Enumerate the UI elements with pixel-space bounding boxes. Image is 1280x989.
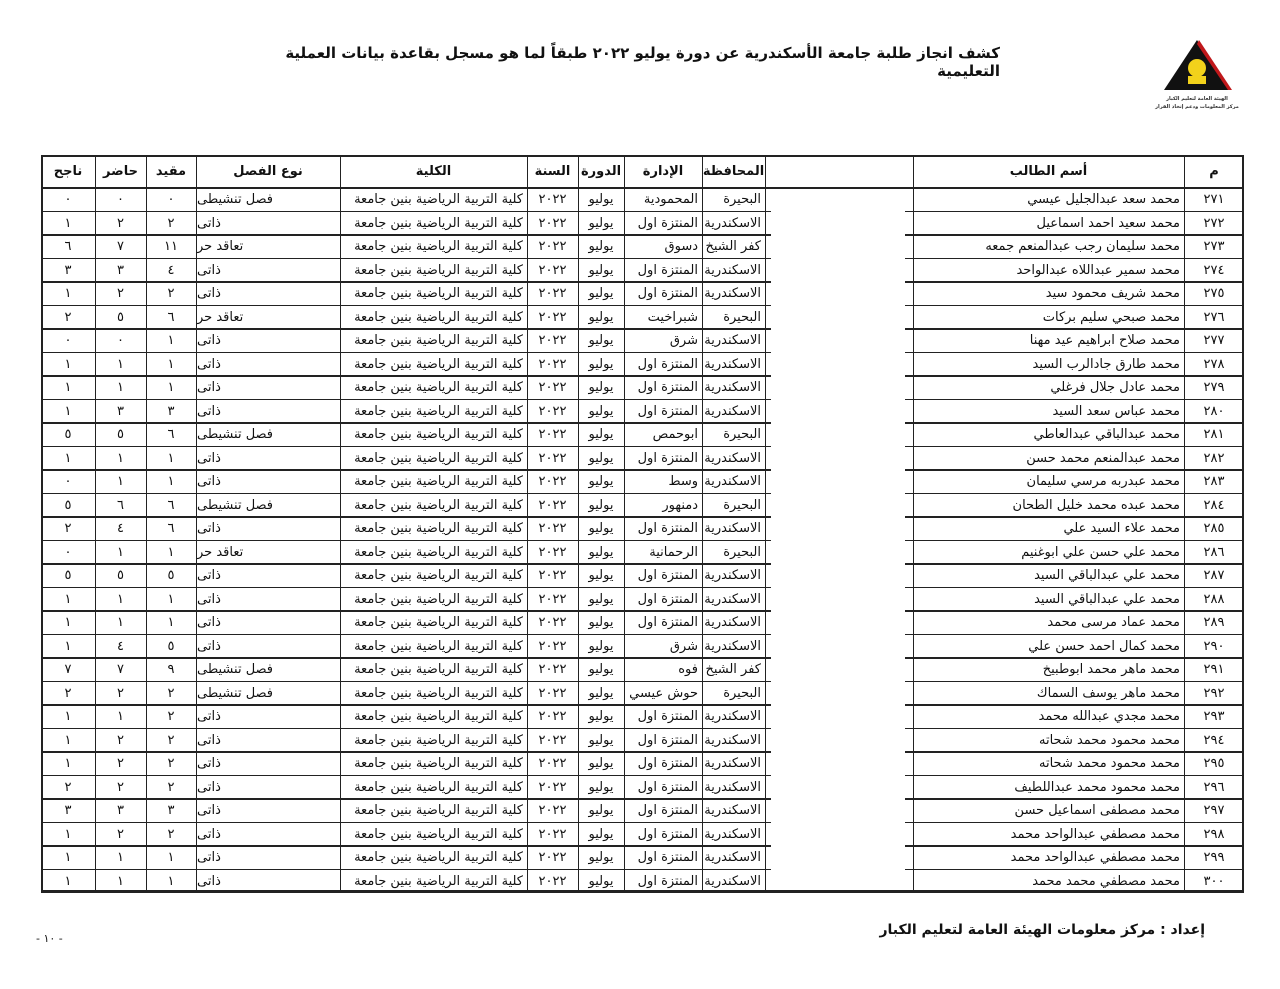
cell-student-name: محمد طارق جادالرب السيد xyxy=(914,353,1183,377)
cell-registered: ١ xyxy=(147,447,195,471)
cell-student-name: محمد عبدالمنعم محمد حسن xyxy=(914,447,1183,471)
cell-class-type: ذاتى xyxy=(197,635,339,659)
cell-year: ٢٠٢٢ xyxy=(528,447,577,471)
cell-year: ٢٠٢٢ xyxy=(528,823,577,847)
cell-row-number: ٢٧١ xyxy=(1185,188,1243,212)
cell-passed: ١ xyxy=(42,447,94,471)
cell-present: ١ xyxy=(96,376,145,400)
cell-row-number: ٢٩١ xyxy=(1185,658,1243,682)
cell-passed: ١ xyxy=(42,282,94,306)
cell-session: يوليو xyxy=(579,541,623,565)
cell-present: ١ xyxy=(96,541,145,565)
cell-college: كلية التربية الرياضية بنين جامعة xyxy=(341,635,526,659)
cell-registered: ١ xyxy=(147,588,195,612)
cell-year: ٢٠٢٢ xyxy=(528,635,577,659)
cell-college: كلية التربية الرياضية بنين جامعة xyxy=(341,682,526,706)
cell-session: يوليو xyxy=(579,235,623,259)
cell-governorate: الاسكندرية xyxy=(703,870,764,894)
cell-administration: المنتزة اول xyxy=(625,611,701,635)
cell-college: كلية التربية الرياضية بنين جامعة xyxy=(341,611,526,635)
cell-year: ٢٠٢٢ xyxy=(528,541,577,565)
cell-governorate: الاسكندرية xyxy=(703,376,764,400)
cell-registered: ١ xyxy=(147,870,195,894)
cell-class-type: ذاتى xyxy=(197,752,339,776)
cell-administration: المنتزة اول xyxy=(625,588,701,612)
cell-present: ٧ xyxy=(96,235,145,259)
cell-present: ٥ xyxy=(96,564,145,588)
cell-class-type: ذاتى xyxy=(197,870,339,894)
cell-college: كلية التربية الرياضية بنين جامعة xyxy=(341,188,526,212)
cell-class-type: ذاتى xyxy=(197,259,339,283)
cell-year: ٢٠٢٢ xyxy=(528,658,577,682)
cell-student-name: محمد صلاح ابراهيم عيد مهنا xyxy=(914,329,1183,353)
cell-session: يوليو xyxy=(579,423,623,447)
cell-registered: ٣ xyxy=(147,799,195,823)
cell-present: ١ xyxy=(96,846,145,870)
cell-year: ٢٠٢٢ xyxy=(528,400,577,424)
cell-session: يوليو xyxy=(579,658,623,682)
cell-year: ٢٠٢٢ xyxy=(528,870,577,894)
organization-logo: الهيئة العامة لتعليم الكبار مركز المعلوم… xyxy=(1152,38,1242,116)
cell-college: كلية التربية الرياضية بنين جامعة xyxy=(341,376,526,400)
cell-passed: ١ xyxy=(42,705,94,729)
cell-administration: المنتزة اول xyxy=(625,282,701,306)
cell-governorate: الاسكندرية xyxy=(703,846,764,870)
cell-session: يوليو xyxy=(579,752,623,776)
cell-governorate: الاسكندرية xyxy=(703,564,764,588)
cell-student-name: محمد عادل جلال فرغلي xyxy=(914,376,1183,400)
cell-administration: شرق xyxy=(625,329,701,353)
cell-college: كلية التربية الرياضية بنين جامعة xyxy=(341,799,526,823)
cell-year: ٢٠٢٢ xyxy=(528,376,577,400)
cell-governorate: الاسكندرية xyxy=(703,259,764,283)
cell-administration: فوه xyxy=(625,658,701,682)
cell-class-type: ذاتى xyxy=(197,823,339,847)
cell-year: ٢٠٢٢ xyxy=(528,282,577,306)
cell-student-name: محمد محمود محمد شحاته xyxy=(914,752,1183,776)
cell-row-number: ٢٧٩ xyxy=(1185,376,1243,400)
cell-administration: المنتزة اول xyxy=(625,353,701,377)
cell-college: كلية التربية الرياضية بنين جامعة xyxy=(341,447,526,471)
cell-college: كلية التربية الرياضية بنين جامعة xyxy=(341,235,526,259)
cell-registered: ٢ xyxy=(147,705,195,729)
cell-passed: ١ xyxy=(42,823,94,847)
cell-registered: ٥ xyxy=(147,635,195,659)
cell-governorate: الاسكندرية xyxy=(703,447,764,471)
cell-present: ٢ xyxy=(96,729,145,753)
cell-administration: المنتزة اول xyxy=(625,776,701,800)
cell-college: كلية التربية الرياضية بنين جامعة xyxy=(341,423,526,447)
cell-administration: المنتزة اول xyxy=(625,212,701,236)
cell-present: ٧ xyxy=(96,658,145,682)
cell-present: ١ xyxy=(96,611,145,635)
cell-registered: ٦ xyxy=(147,423,195,447)
cell-registered: ١ xyxy=(147,846,195,870)
cell-present: ٠ xyxy=(96,188,145,212)
cell-row-number: ٢٨٦ xyxy=(1185,541,1243,565)
cell-passed: ٢ xyxy=(42,306,94,330)
cell-row-number: ٢٨٩ xyxy=(1185,611,1243,635)
cell-registered: ١ xyxy=(147,353,195,377)
cell-student-name: محمد علي عبدالباقي السيد xyxy=(914,564,1183,588)
cell-passed: ٠ xyxy=(42,470,94,494)
cell-passed: ١ xyxy=(42,212,94,236)
cell-registered: ١ xyxy=(147,376,195,400)
cell-passed: ٣ xyxy=(42,799,94,823)
cell-session: يوليو xyxy=(579,635,623,659)
cell-administration: المنتزة اول xyxy=(625,752,701,776)
cell-student-name: محمد سليمان رجب عبدالمنعم جمعه xyxy=(914,235,1183,259)
cell-present: ٢ xyxy=(96,752,145,776)
cell-college: كلية التربية الرياضية بنين جامعة xyxy=(341,541,526,565)
cell-session: يوليو xyxy=(579,282,623,306)
cell-session: يوليو xyxy=(579,329,623,353)
cell-student-name: محمد شريف محمود سيد xyxy=(914,282,1183,306)
cell-passed: ٢ xyxy=(42,776,94,800)
cell-present: ١ xyxy=(96,705,145,729)
cell-administration: شرق xyxy=(625,635,701,659)
prepared-by: إعداد : مركز معلومات الهيئة العامة لتعلي… xyxy=(870,922,1205,938)
cell-administration: المنتزة اول xyxy=(625,517,701,541)
cell-college: كلية التربية الرياضية بنين جامعة xyxy=(341,564,526,588)
cell-class-type: ذاتى xyxy=(197,376,339,400)
cell-governorate: البحيرة xyxy=(703,306,764,330)
cell-passed: ٠ xyxy=(42,329,94,353)
column-header-college: الكلية xyxy=(340,156,527,188)
cell-administration: المنتزة اول xyxy=(625,564,701,588)
cell-session: يوليو xyxy=(579,564,623,588)
cell-registered: ١ xyxy=(147,329,195,353)
cell-passed: ١ xyxy=(42,400,94,424)
cell-student-name: محمد ماهر محمد ابوطبيخ xyxy=(914,658,1183,682)
cell-student-name: محمد مصطفي عبدالواحد محمد xyxy=(914,823,1183,847)
cell-governorate: الاسكندرية xyxy=(703,705,764,729)
cell-student-name: محمد محمود محمد شحاته xyxy=(914,729,1183,753)
cell-year: ٢٠٢٢ xyxy=(528,682,577,706)
cell-governorate: الاسكندرية xyxy=(703,353,764,377)
cell-registered: ٣ xyxy=(147,400,195,424)
cell-registered: ٢ xyxy=(147,212,195,236)
cell-governorate: الاسكندرية xyxy=(703,212,764,236)
cell-row-number: ٢٩٠ xyxy=(1185,635,1243,659)
cell-college: كلية التربية الرياضية بنين جامعة xyxy=(341,329,526,353)
cell-session: يوليو xyxy=(579,188,623,212)
cell-student-name: محمد مصطفى اسماعيل حسن xyxy=(914,799,1183,823)
cell-governorate: الاسكندرية xyxy=(703,776,764,800)
cell-registered: ١ xyxy=(147,611,195,635)
cell-row-number: ٢٩٢ xyxy=(1185,682,1243,706)
cell-class-type: ذاتى xyxy=(197,799,339,823)
cell-row-number: ٢٨٥ xyxy=(1185,517,1243,541)
cell-passed: ٥ xyxy=(42,564,94,588)
cell-administration: المنتزة اول xyxy=(625,729,701,753)
cell-session: يوليو xyxy=(579,799,623,823)
cell-session: يوليو xyxy=(579,823,623,847)
cell-passed: ٧ xyxy=(42,658,94,682)
cell-registered: ٦ xyxy=(147,306,195,330)
cell-class-type: ذاتى xyxy=(197,588,339,612)
cell-governorate: الاسكندرية xyxy=(703,611,764,635)
cell-registered: ١ xyxy=(147,541,195,565)
cell-year: ٢٠٢٢ xyxy=(528,799,577,823)
cell-session: يوليو xyxy=(579,611,623,635)
column-header-passed: ناجح xyxy=(41,156,95,188)
cell-governorate: كفر الشيخ xyxy=(703,235,764,259)
cell-college: كلية التربية الرياضية بنين جامعة xyxy=(341,470,526,494)
cell-registered: ٢ xyxy=(147,729,195,753)
cell-passed: ١ xyxy=(42,870,94,894)
cell-administration: المنتزة اول xyxy=(625,705,701,729)
cell-college: كلية التربية الرياضية بنين جامعة xyxy=(341,823,526,847)
cell-year: ٢٠٢٢ xyxy=(528,752,577,776)
cell-class-type: تعاقد حر xyxy=(197,541,339,565)
cell-present: ٥ xyxy=(96,306,145,330)
column-header-class-type: نوع الفصل xyxy=(196,156,340,188)
cell-registered: ١ xyxy=(147,470,195,494)
cell-present: ١ xyxy=(96,353,145,377)
cell-class-type: ذاتى xyxy=(197,729,339,753)
cell-class-type: تعاقد حر xyxy=(197,235,339,259)
cell-college: كلية التربية الرياضية بنين جامعة xyxy=(341,752,526,776)
cell-college: كلية التربية الرياضية بنين جامعة xyxy=(341,517,526,541)
cell-governorate: الاسكندرية xyxy=(703,729,764,753)
cell-row-number: ٢٨٤ xyxy=(1185,494,1243,518)
cell-passed: ٢ xyxy=(42,682,94,706)
page-number: - ١٠ - xyxy=(36,932,63,945)
cell-session: يوليو xyxy=(579,447,623,471)
cell-passed: ١ xyxy=(42,635,94,659)
cell-college: كلية التربية الرياضية بنين جامعة xyxy=(341,705,526,729)
cell-year: ٢٠٢٢ xyxy=(528,306,577,330)
cell-registered: ٢ xyxy=(147,752,195,776)
cell-class-type: ذاتى xyxy=(197,611,339,635)
cell-present: ٣ xyxy=(96,400,145,424)
cell-row-number: ٢٨٢ xyxy=(1185,447,1243,471)
cell-administration: وسط xyxy=(625,470,701,494)
column-header-row-number: م xyxy=(1184,156,1244,188)
cell-passed: ١ xyxy=(42,376,94,400)
cell-governorate: البحيرة xyxy=(703,188,764,212)
cell-class-type: ذاتى xyxy=(197,329,339,353)
cell-row-number: ٢٨١ xyxy=(1185,423,1243,447)
cell-administration: شبراخيت xyxy=(625,306,701,330)
cell-session: يوليو xyxy=(579,306,623,330)
cell-present: ٢ xyxy=(96,282,145,306)
cell-passed: ١ xyxy=(42,729,94,753)
cell-present: ٣ xyxy=(96,259,145,283)
cell-row-number: ٢٧٧ xyxy=(1185,329,1243,353)
cell-year: ٢٠٢٢ xyxy=(528,729,577,753)
cell-administration: المنتزة اول xyxy=(625,259,701,283)
cell-present: ٣ xyxy=(96,799,145,823)
cell-passed: ٢ xyxy=(42,517,94,541)
cell-session: يوليو xyxy=(579,776,623,800)
logo-caption-1: الهيئة العامة لتعليم الكبار xyxy=(1152,96,1242,102)
cell-row-number: ٢٩٧ xyxy=(1185,799,1243,823)
cell-row-number: ٢٩٤ xyxy=(1185,729,1243,753)
cell-class-type: ذاتى xyxy=(197,400,339,424)
cell-year: ٢٠٢٢ xyxy=(528,517,577,541)
cell-class-type: فصل تنشيطى xyxy=(197,494,339,518)
cell-student-name: محمد ماهر يوسف السماك xyxy=(914,682,1183,706)
cell-student-name: محمد سعد عبدالجليل عيسي xyxy=(914,188,1183,212)
cell-year: ٢٠٢٢ xyxy=(528,329,577,353)
cell-passed: ٦ xyxy=(42,235,94,259)
cell-passed: ٣ xyxy=(42,259,94,283)
cell-session: يوليو xyxy=(579,212,623,236)
cell-college: كلية التربية الرياضية بنين جامعة xyxy=(341,306,526,330)
cell-college: كلية التربية الرياضية بنين جامعة xyxy=(341,212,526,236)
cell-passed: ٥ xyxy=(42,494,94,518)
cell-class-type: تعاقد حر xyxy=(197,306,339,330)
cell-governorate: الاسكندرية xyxy=(703,635,764,659)
cell-college: كلية التربية الرياضية بنين جامعة xyxy=(341,282,526,306)
cell-college: كلية التربية الرياضية بنين جامعة xyxy=(341,400,526,424)
cell-row-number: ٢٨٨ xyxy=(1185,588,1243,612)
cell-class-type: ذاتى xyxy=(197,212,339,236)
cell-session: يوليو xyxy=(579,588,623,612)
cell-administration: المنتزة اول xyxy=(625,799,701,823)
cell-governorate: البحيرة xyxy=(703,423,764,447)
logo-caption-2: مركز المعلومات ودعم إتخاذ القرار xyxy=(1152,104,1242,110)
cell-year: ٢٠٢٢ xyxy=(528,235,577,259)
cell-present: ٢ xyxy=(96,682,145,706)
cell-administration: المنتزة اول xyxy=(625,823,701,847)
column-divider xyxy=(765,155,766,893)
cell-row-number: ٣٠٠ xyxy=(1185,870,1243,894)
cell-class-type: فصل تنشيطى xyxy=(197,682,339,706)
cell-student-name: محمد علاء السيد علي xyxy=(914,517,1183,541)
cell-present: ٠ xyxy=(96,329,145,353)
cell-governorate: الاسكندرية xyxy=(703,329,764,353)
cell-student-name: محمد علي حسن علي ابوغنيم xyxy=(914,541,1183,565)
cell-class-type: فصل تنشيطى xyxy=(197,188,339,212)
cell-governorate: الاسكندرية xyxy=(703,823,764,847)
cell-row-number: ٢٩٨ xyxy=(1185,823,1243,847)
cell-class-type: ذاتى xyxy=(197,447,339,471)
cell-administration: المحمودية xyxy=(625,188,701,212)
cell-row-number: ٢٨٠ xyxy=(1185,400,1243,424)
cell-present: ١ xyxy=(96,870,145,894)
cell-registered: ٤ xyxy=(147,259,195,283)
cell-student-name: محمد مصطفي محمد محمد xyxy=(914,870,1183,894)
column-header-session: الدورة xyxy=(578,156,624,188)
cell-administration: ابوحمص xyxy=(625,423,701,447)
cell-registered: ٢ xyxy=(147,682,195,706)
cell-governorate: البحيرة xyxy=(703,494,764,518)
cell-student-name: محمد علي عبدالباقي السيد xyxy=(914,588,1183,612)
cell-row-number: ٢٨٣ xyxy=(1185,470,1243,494)
cell-year: ٢٠٢٢ xyxy=(528,705,577,729)
cell-registered: ٢ xyxy=(147,282,195,306)
cell-governorate: الاسكندرية xyxy=(703,470,764,494)
cell-session: يوليو xyxy=(579,705,623,729)
cell-student-name: محمد صبحي سليم بركات xyxy=(914,306,1183,330)
cell-row-number: ٢٩٣ xyxy=(1185,705,1243,729)
cell-student-name: محمد سعيد احمد اسماعيل xyxy=(914,212,1183,236)
cell-present: ١ xyxy=(96,470,145,494)
column-header-year: السنة xyxy=(527,156,578,188)
cell-row-number: ٢٧٤ xyxy=(1185,259,1243,283)
cell-row-number: ٢٩٥ xyxy=(1185,752,1243,776)
column-header-administration: الإدارة xyxy=(624,156,702,188)
cell-registered: ٢ xyxy=(147,776,195,800)
cell-present: ٢ xyxy=(96,776,145,800)
cell-year: ٢٠٢٢ xyxy=(528,776,577,800)
cell-class-type: ذاتى xyxy=(197,564,339,588)
cell-student-name: محمد عبده محمد خليل الطحان xyxy=(914,494,1183,518)
column-header-present: حاضر xyxy=(95,156,146,188)
cell-college: كلية التربية الرياضية بنين جامعة xyxy=(341,494,526,518)
cell-class-type: ذاتى xyxy=(197,776,339,800)
cell-student-name: محمد سمير عبداللاه عبدالواحد xyxy=(914,259,1183,283)
cell-year: ٢٠٢٢ xyxy=(528,470,577,494)
cell-year: ٢٠٢٢ xyxy=(528,611,577,635)
cell-governorate: الاسكندرية xyxy=(703,517,764,541)
cell-session: يوليو xyxy=(579,470,623,494)
cell-college: كلية التربية الرياضية بنين جامعة xyxy=(341,846,526,870)
cell-session: يوليو xyxy=(579,517,623,541)
cell-row-number: ٢٩٩ xyxy=(1185,846,1243,870)
cell-year: ٢٠٢٢ xyxy=(528,188,577,212)
cell-student-name: محمد مصطفي عبدالواحد محمد xyxy=(914,846,1183,870)
cell-session: يوليو xyxy=(579,682,623,706)
cell-row-number: ٢٧٥ xyxy=(1185,282,1243,306)
cell-year: ٢٠٢٢ xyxy=(528,212,577,236)
cell-year: ٢٠٢٢ xyxy=(528,494,577,518)
cell-student-name: محمد عبدربه مرسي سليمان xyxy=(914,470,1183,494)
cell-class-type: ذاتى xyxy=(197,517,339,541)
cell-present: ٤ xyxy=(96,517,145,541)
cell-administration: المنتزة اول xyxy=(625,447,701,471)
cell-session: يوليو xyxy=(579,846,623,870)
cell-college: كلية التربية الرياضية بنين جامعة xyxy=(341,259,526,283)
cell-passed: ٠ xyxy=(42,541,94,565)
cell-registered: ٩ xyxy=(147,658,195,682)
cell-session: يوليو xyxy=(579,870,623,894)
cell-row-number: ٢٧٣ xyxy=(1185,235,1243,259)
cell-governorate: الاسكندرية xyxy=(703,588,764,612)
cell-row-number: ٢٧٢ xyxy=(1185,212,1243,236)
cell-session: يوليو xyxy=(579,729,623,753)
cell-college: كلية التربية الرياضية بنين جامعة xyxy=(341,353,526,377)
cell-class-type: ذاتى xyxy=(197,705,339,729)
cell-governorate: الاسكندرية xyxy=(703,282,764,306)
cell-year: ٢٠٢٢ xyxy=(528,564,577,588)
cell-student-name: محمد محمود محمد عبداللطيف xyxy=(914,776,1183,800)
cell-year: ٢٠٢٢ xyxy=(528,846,577,870)
cell-governorate: الاسكندرية xyxy=(703,752,764,776)
cell-administration: دسوق xyxy=(625,235,701,259)
cell-governorate: البحيرة xyxy=(703,682,764,706)
column-header-governorate: المحافظة xyxy=(702,156,765,188)
cell-passed: ٥ xyxy=(42,423,94,447)
cell-college: كلية التربية الرياضية بنين جامعة xyxy=(341,588,526,612)
cell-passed: ١ xyxy=(42,752,94,776)
cell-class-type: ذاتى xyxy=(197,846,339,870)
cell-present: ٦ xyxy=(96,494,145,518)
cell-session: يوليو xyxy=(579,353,623,377)
cell-student-name: محمد عبدالباقي عبدالعاطي xyxy=(914,423,1183,447)
cell-student-name: محمد عباس سعد السيد xyxy=(914,400,1183,424)
cell-administration: المنتزة اول xyxy=(625,400,701,424)
cell-session: يوليو xyxy=(579,259,623,283)
cell-governorate: الاسكندرية xyxy=(703,799,764,823)
cell-class-type: ذاتى xyxy=(197,353,339,377)
cell-administration: المنتزة اول xyxy=(625,376,701,400)
cell-passed: ١ xyxy=(42,846,94,870)
column-header-student-name: أسم الطالب xyxy=(913,156,1184,188)
